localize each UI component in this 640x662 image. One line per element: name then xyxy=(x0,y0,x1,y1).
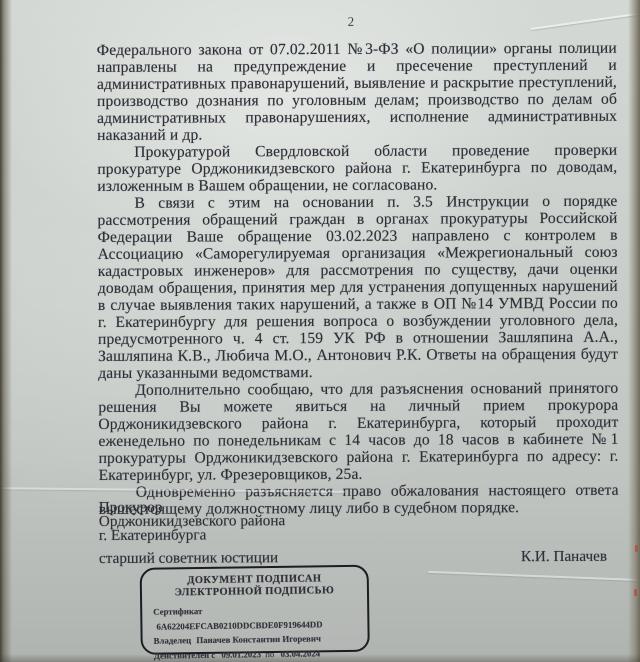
paper-edge-right xyxy=(628,0,640,662)
paragraph-oblast-prosecutor: Прокуратурой Свердловской области провед… xyxy=(97,142,617,195)
letter-body: Федерального закона от 07.02.2011 №3-ФЗ … xyxy=(97,40,619,518)
paper-edge-left xyxy=(0,0,12,662)
stamp-certificate-line: Сертификат 6A62204EFCAB0210DDCBDE0F91964… xyxy=(153,602,367,634)
signature-position-line: г. Екатеринбурга xyxy=(99,527,619,543)
paper-edge-bottom xyxy=(0,654,640,662)
signature-position-block: Прокурор Орджоникидзевского района г. Ек… xyxy=(99,499,619,543)
page-number: 2 xyxy=(348,14,355,30)
stamp-title-line2: ЭЛЕКТРОННОЙ ПОДПИСЬЮ xyxy=(142,585,367,600)
scanned-letter-photo: 2 Федерального закона от 07.02.2011 №3-Ф… xyxy=(0,0,640,662)
red-edge-mark xyxy=(634,589,637,596)
owner-name: Паначев Константин Игоревич xyxy=(196,633,321,645)
letter-page: 2 Федерального закона от 07.02.2011 №3-Ф… xyxy=(0,0,640,662)
red-edge-mark xyxy=(635,545,638,552)
esignature-stamp: ДОКУМЕНТ ПОДПИСАН ЭЛЕКТРОННОЙ ПОДПИСЬЮ С… xyxy=(140,565,370,655)
owner-label: Владелец xyxy=(154,635,192,646)
signature-rank: старший советник юстиции xyxy=(99,549,278,568)
certificate-label: Сертификат xyxy=(153,606,202,617)
stamp-info: Сертификат 6A62204EFCAB0210DDCBDE0F91964… xyxy=(142,602,368,662)
paragraph-federal-law: Федерального закона от 07.02.2011 №3-ФЗ … xyxy=(97,40,617,144)
paragraph-referral: В связи с этим на основании п. 3.5 Инстр… xyxy=(97,193,618,382)
stamp-title: ДОКУМЕНТ ПОДПИСАН ЭЛЕКТРОННОЙ ПОДПИСЬЮ xyxy=(142,573,367,600)
paragraph-personal-reception: Дополнительно сообщаю, что для разъяснен… xyxy=(98,380,618,484)
certificate-number: 6A62204EFCAB0210DDCBDE0F919644DD xyxy=(156,619,322,631)
signer-name: К.И. Паначев xyxy=(521,548,607,566)
